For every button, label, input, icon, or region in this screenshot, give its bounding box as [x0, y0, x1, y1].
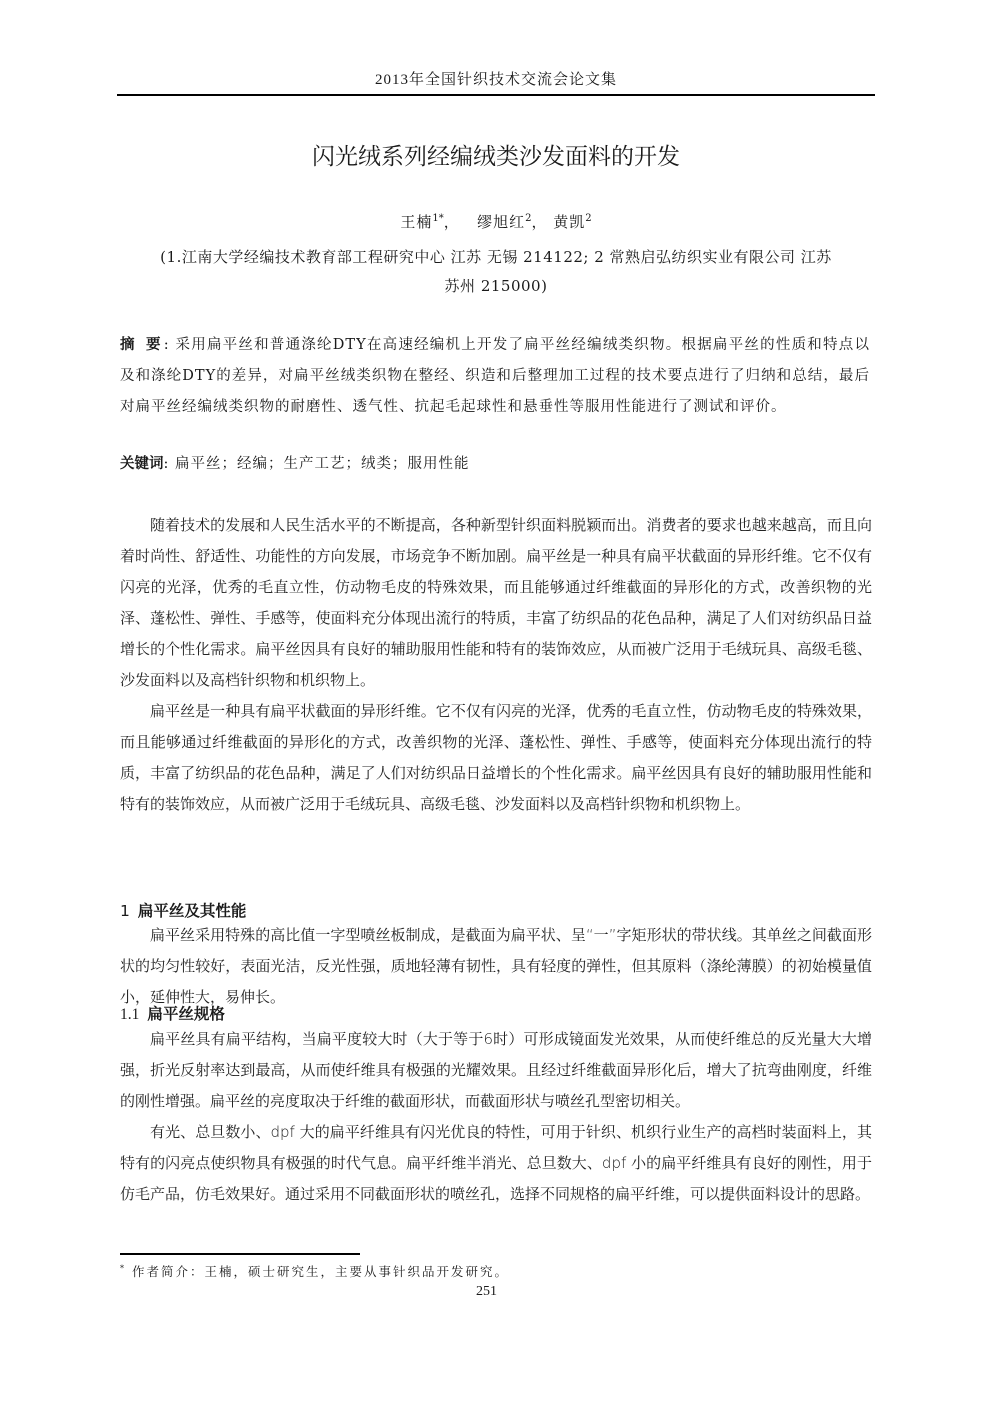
author-affil-marker: 2: [585, 213, 591, 224]
separator: ，: [531, 213, 547, 231]
header-rule: [117, 94, 875, 96]
abstract-text: 采用扁平丝和普通涤纶DTY在高速经编机上开发了扁平丝经编绒类织物。根据扁平丝的性…: [120, 337, 870, 415]
footnote-rule: [120, 1253, 360, 1255]
separator: ，: [444, 213, 472, 231]
body-paragraph: 扁平丝是一种具有扁平状截面的异形纤维。它不仅有闪亮的光泽，优秀的毛直立性，仿动物…: [120, 696, 872, 820]
paper-page: 2013年全国针织技术交流会论文集 闪光绒系列经编绒类沙发面料的开发 王楠1*，…: [0, 0, 992, 1403]
affiliation-line: 苏州 215000): [117, 272, 875, 301]
footnote: *作者简介：王楠，硕士研究生，主要从事针织品开发研究。: [120, 1262, 509, 1280]
author-list: 王楠1*， 缪旭红2， 黄凯2: [117, 211, 875, 232]
section-number: 1.1: [120, 1006, 139, 1023]
subsection-heading: 1.1扁平丝规格: [120, 1002, 225, 1024]
section-heading: 1扁平丝及其性能: [120, 899, 246, 921]
section-title: 扁平丝及其性能: [138, 902, 247, 920]
body-paragraph: 扁平丝具有扁平结构，当扁平度较大时（大于等于6时）可形成镜面发光效果，从而使纤维…: [120, 1024, 872, 1117]
colon: :: [164, 456, 176, 472]
page-number: 251: [476, 1284, 497, 1300]
abstract-label: 摘 要: [120, 337, 164, 353]
keywords-label: 关键词: [120, 456, 164, 472]
section-1-body: 扁平丝采用特殊的高比值一字型喷丝板制成，是截面为扁平状、呈“一”字矩形状的带状线…: [120, 920, 872, 1013]
paper-title: 闪光绒系列经编绒类沙发面料的开发: [117, 138, 875, 171]
section-1-1-body: 扁平丝具有扁平结构，当扁平度较大时（大于等于6时）可形成镜面发光效果，从而使纤维…: [120, 1024, 872, 1210]
keywords: 关键词: 扁平丝；经编；生产工艺；绒类；服用性能: [120, 452, 870, 473]
introduction: 随着技术的发展和人民生活水平的不断提高，各种新型针织面料脱颖而出。消费者的要求也…: [120, 510, 872, 820]
running-header: 2013年全国针织技术交流会论文集: [117, 68, 875, 89]
author-name: 黄凯: [553, 213, 585, 231]
footnote-text: 作者简介：王楠，硕士研究生，主要从事针织品开发研究。: [132, 1264, 509, 1279]
body-paragraph: 有光、总旦数小、dpf 大的扁平纤维具有闪光优良的特性，可用于针织、机织行业生产…: [120, 1117, 872, 1210]
keywords-text: 扁平丝；经编；生产工艺；绒类；服用性能: [175, 456, 470, 472]
abstract: 摘 要: 采用扁平丝和普通涤纶DTY在高速经编机上开发了扁平丝经编绒类织物。根据…: [120, 330, 870, 423]
affiliations: (1.江南大学经编技术教育部工程研究中心 江苏 无锡 214122; 2 常熟启…: [117, 243, 875, 301]
section-title: 扁平丝规格: [147, 1005, 225, 1023]
author-name: 缪旭红: [477, 213, 525, 231]
affiliation-line: (1.江南大学经编技术教育部工程研究中心 江苏 无锡 214122; 2 常熟启…: [117, 243, 875, 272]
author-affil-marker: 1*: [432, 213, 443, 224]
footnote-marker: *: [120, 1264, 126, 1273]
section-number: 1: [120, 902, 130, 920]
body-paragraph: 随着技术的发展和人民生活水平的不断提高，各种新型针织面料脱颖而出。消费者的要求也…: [120, 510, 872, 696]
body-paragraph: 扁平丝采用特殊的高比值一字型喷丝板制成，是截面为扁平状、呈“一”字矩形状的带状线…: [120, 920, 872, 1013]
author-name: 王楠: [400, 213, 432, 231]
colon: :: [164, 337, 176, 353]
